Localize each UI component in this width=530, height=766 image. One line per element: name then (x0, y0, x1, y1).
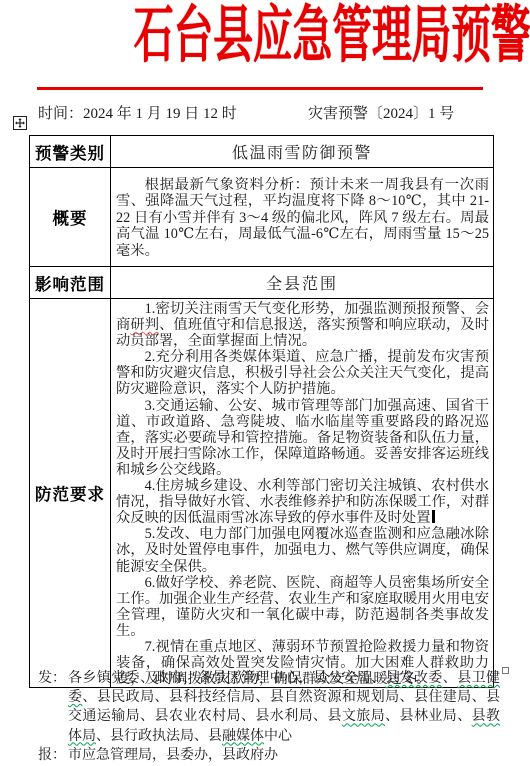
requirement-paragraph: 1.密切关注雨雪天气变化形势，加强监测预报预警、会商研判、值班值守和信息报送，落… (116, 301, 489, 349)
table-row: 预警类别 低温雨雪防御预警 (30, 136, 494, 168)
report-row: 报： 市应急管理局，县委办，县政府办 (38, 746, 500, 765)
report-list: 市应急管理局，县委办，县政府办 (68, 746, 500, 765)
summary-row-label: 概要 (30, 168, 111, 267)
requirement-paragraph: 4.住房城乡建设、水利等部门密切关注城镇、农村供水情况，指导做好水管、水表维修养… (116, 478, 489, 526)
summary-paragraph: 根据最新气象资料分析：预计未来一周我县有一次雨雪、强降温天气过程，平均温度将下降… (116, 177, 489, 259)
requirement-paragraph: 2.充分利用各类媒体渠道、应急广播，提前发布灾害预警和防灾避灾信息，积极引导社会… (116, 349, 489, 397)
table-resize-handle-icon[interactable] (502, 667, 509, 674)
title-underline (37, 87, 483, 90)
page-title-text: 石台县应急管理局预警信息 (134, 2, 530, 70)
report-label: 报： (38, 746, 68, 765)
summary-text-cell: 根据最新气象资料分析：预计未来一周我县有一次雨雪、强降温天气过程，平均温度将下降… (111, 168, 494, 267)
issue-time: 时间：2024 年 1 月 19 日 12 时 (38, 103, 237, 125)
move-cross-icon (15, 118, 25, 128)
table-row: 防范要求 1.密切关注雨雪天气变化形势，加强监测预报预警、会商研判、值班值守和信… (30, 299, 494, 688)
table-row: 影响范围 全县范围 (30, 267, 494, 299)
requirements-text-cell: 1.密切关注雨雪天气变化形势，加强监测预报预警、会商研判、值班值守和信息报送，落… (111, 299, 494, 688)
category-value: 低温雨雪防御预警 (111, 136, 494, 168)
dispatch-label: 发： (38, 669, 68, 746)
warning-table: 预警类别 低温雨雪防御预警 概要 根据最新气象资料分析：预计未来一周我县有一次雨… (29, 135, 494, 688)
requirements-row-label: 防范要求 (30, 299, 111, 688)
meta-row: 时间：2024 年 1 月 19 日 12 时 灾害预警〔2024〕1 号 (0, 103, 530, 125)
requirement-paragraph: 3.交通运输、公安、城市管理等部门加强高速、国省干道、市政道路、急弯陡坡、临水临… (116, 398, 489, 478)
requirement-paragraph: 6.做好学校、养老院、医院、商超等人员密集场所安全工作。加强企业生产经营、农业生… (116, 575, 489, 639)
table-move-handle-icon[interactable] (13, 116, 27, 130)
text-cursor (432, 510, 435, 523)
dispatch-row: 发： 各乡镇党委、政府，各景区管理中心，县公安局、县发改委、县卫健委、县民政局、… (38, 669, 500, 746)
scope-row-label: 影响范围 (30, 267, 111, 299)
requirement-paragraph: 5.发改、电力部门加强电网覆冰巡查监测和应急融冰除冰，及时处置停电事件，加强电力… (116, 526, 489, 574)
doc-number: 灾害预警〔2024〕1 号 (308, 103, 454, 125)
page-title: 石台县应急管理局预警信息 (0, 2, 530, 70)
category-row-label: 预警类别 (30, 136, 111, 168)
table-row: 概要 根据最新气象资料分析：预计未来一周我县有一次雨雪、强降温天气过程，平均温度… (30, 168, 494, 267)
dispatch-list: 各乡镇党委、政府，各景区管理中心，县公安局、县发改委、县卫健委、县民政局、县科技… (68, 669, 500, 746)
scope-value: 全县范围 (111, 267, 494, 299)
warning-notice-document: 石台县应急管理局预警信息 时间：2024 年 1 月 19 日 12 时 灾害预… (0, 0, 530, 766)
distribution-footer: 发： 各乡镇党委、政府，各景区管理中心，县公安局、县发改委、县卫健委、县民政局、… (38, 669, 500, 765)
